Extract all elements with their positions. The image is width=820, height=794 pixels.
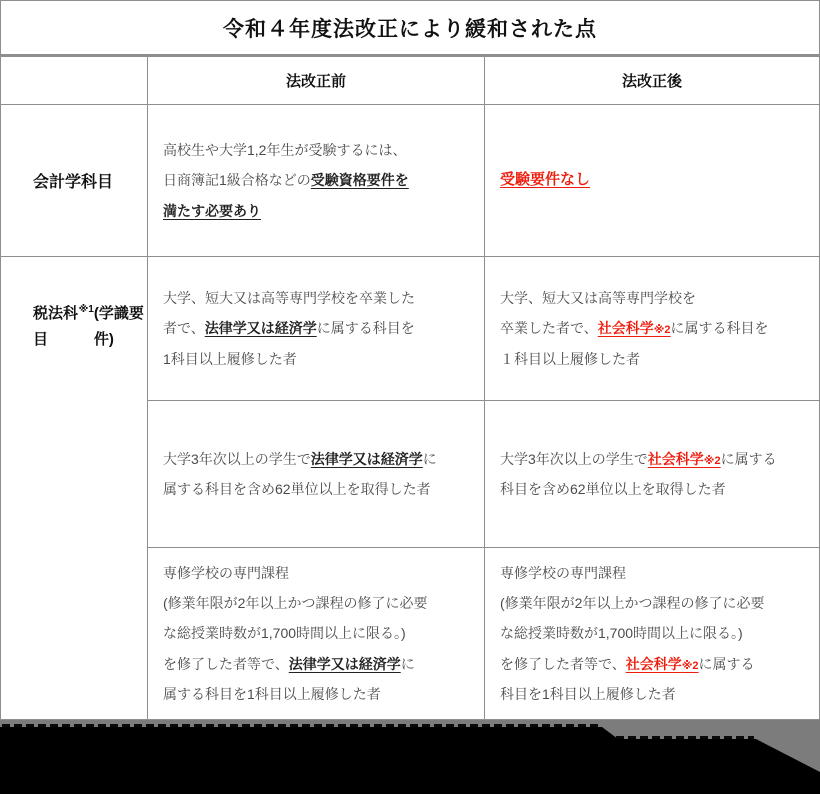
comparison-table: 法改正前 法改正後 会計学科目 高校生や大学1,2年生が受験するには、日商簿記1… xyxy=(0,57,820,720)
text-run: 専修学校の専門課程 xyxy=(163,565,289,581)
page: 令和４年度法改正により緩和された点 法改正前 法改正後 会計学科目 高校生や大学… xyxy=(0,0,820,794)
text-run: 科目を含め62単位以上を取得した者 xyxy=(500,481,726,497)
cell-tax-graduate-before: 大学、短大又は高等専門学校を卒業した者で、法律学又は経済学に属する科目を1科目以… xyxy=(148,257,484,400)
cell-tax-thirdyear-before-text: 大学3年次以上の学生で法律学又は経済学に属する科目を含め62単位以上を取得した者 xyxy=(148,436,449,512)
text-run: 社会科学 xyxy=(598,320,654,336)
text-run: 法律学又は経済学 xyxy=(205,320,317,336)
text-run: に属する xyxy=(721,451,777,467)
text-run: 社会科学 xyxy=(626,656,682,672)
text-run: ※2 xyxy=(682,660,699,672)
table-title: 令和４年度法改正により緩和された点 xyxy=(0,0,820,57)
footer-band xyxy=(0,720,820,794)
text-run: 日商簿記1級合格などの xyxy=(163,172,311,188)
text-run: (学識要件) xyxy=(94,301,147,354)
text-run: に xyxy=(423,451,437,467)
cell-accounting-after-text: 受験要件なし xyxy=(485,156,602,204)
row-label-tax-law-subjects: 税法科目※1(学識要件) xyxy=(1,257,147,719)
text-run: 社会科学 xyxy=(648,451,704,467)
text-run: ※2 xyxy=(704,455,721,467)
cell-tax-thirdyear-after-text: 大学3年次以上の学生で社会科学※2に属する科目を含め62単位以上を取得した者 xyxy=(485,436,789,512)
text-run: 属する科目を含め62単位以上を取得した者 xyxy=(163,481,431,497)
cell-tax-thirdyear-after: 大学3年次以上の学生で社会科学※2に属する科目を含め62単位以上を取得した者 xyxy=(485,401,819,547)
text-run: 科目を1科目以上履修した者 xyxy=(500,686,676,702)
text-run: (修業年限が2年以上かつ課程の修了に必要 xyxy=(163,595,427,611)
table-title-text: 令和４年度法改正により緩和された点 xyxy=(223,13,597,43)
header-spacer-cell xyxy=(1,57,147,104)
text-run: 専修学校の専門課程 xyxy=(500,565,626,581)
clipped-footnote-text-tops xyxy=(2,724,600,727)
header-col-after: 法改正後 xyxy=(485,57,819,104)
cell-tax-thirdyear-before: 大学3年次以上の学生で法律学又は経済学に属する科目を含め62単位以上を取得した者 xyxy=(148,401,484,547)
text-run: 受験要件なし xyxy=(500,171,590,188)
text-run: (修業年限が2年以上かつ課程の修了に必要 xyxy=(500,595,764,611)
text-run: に属する xyxy=(699,656,755,672)
text-run: ※1 xyxy=(79,301,94,319)
header-col-before: 法改正前 xyxy=(148,57,484,104)
text-run: 卒業した者で、 xyxy=(500,320,598,336)
text-run: に xyxy=(401,656,415,672)
cell-tax-graduate-before-text: 大学、短大又は高等専門学校を卒業した者で、法律学又は経済学に属する科目を1科目以… xyxy=(148,275,427,381)
text-run: ※2 xyxy=(654,324,671,336)
clipped-footnote-text-tops-small xyxy=(616,736,754,739)
text-run: な総授業時数が1,700時間以上に限る。) xyxy=(500,625,743,641)
text-run: 法律学又は経済学 xyxy=(289,656,401,672)
text-run: 大学、短大又は高等専門学校を xyxy=(500,290,696,306)
row-label-accounting-subjects: 会計学科目 xyxy=(1,105,147,256)
text-run: に属する科目を xyxy=(671,320,769,336)
text-run: 大学3年次以上の学生で xyxy=(163,451,311,467)
text-run: を修了した者等で、 xyxy=(163,656,289,672)
header-col-after-label: 法改正後 xyxy=(622,70,682,91)
cell-tax-vocational-after-text: 専修学校の専門課程(修業年限が2年以上かつ課程の修了に必要な総授業時数が1,70… xyxy=(485,550,776,716)
text-run: １科目以上履修した者 xyxy=(500,351,640,367)
text-run: 高校生や大学1,2年生が受験するには、 xyxy=(163,142,406,158)
cell-tax-graduate-after: 大学、短大又は高等専門学校を卒業した者で、社会科学※2に属する科目を１科目以上履… xyxy=(485,257,819,400)
text-run: 税法科目 xyxy=(33,301,79,354)
text-run: 満たす必要あり xyxy=(163,203,261,219)
cell-tax-vocational-before: 専修学校の専門課程(修業年限が2年以上かつ課程の修了に必要な総授業時数が1,70… xyxy=(148,548,484,719)
text-run: な総授業時数が1,700時間以上に限る。) xyxy=(163,625,406,641)
text-run: 属する科目を1科目以上履修した者 xyxy=(163,686,381,702)
text-run: 会計学科目 xyxy=(33,169,113,192)
text-run: 1科目以上履修した者 xyxy=(163,351,297,367)
cell-tax-vocational-after: 専修学校の専門課程(修業年限が2年以上かつ課程の修了に必要な総授業時数が1,70… xyxy=(485,548,819,719)
text-run: を修了した者等で、 xyxy=(500,656,626,672)
header-col-before-label: 法改正前 xyxy=(286,70,346,91)
text-run: 法律学又は経済学 xyxy=(311,451,423,467)
text-run: に属する科目を xyxy=(317,320,415,336)
text-run: 者で、 xyxy=(163,320,205,336)
cell-accounting-before-text: 高校生や大学1,2年生が受験するには、日商簿記1級合格などの受験資格要件を満たす… xyxy=(148,127,421,233)
redaction-bar xyxy=(0,720,820,794)
cell-tax-graduate-after-text: 大学、短大又は高等専門学校を卒業した者で、社会科学※2に属する科目を１科目以上履… xyxy=(485,275,781,381)
text-run: 大学、短大又は高等専門学校を卒業した xyxy=(163,290,415,306)
cell-tax-vocational-before-text: 専修学校の専門課程(修業年限が2年以上かつ課程の修了に必要な総授業時数が1,70… xyxy=(148,550,439,716)
text-run: 大学3年次以上の学生で xyxy=(500,451,648,467)
cell-accounting-after: 受験要件なし xyxy=(485,105,819,256)
text-run: 受験資格要件を xyxy=(311,172,409,188)
cell-accounting-before: 高校生や大学1,2年生が受験するには、日商簿記1級合格などの受験資格要件を満たす… xyxy=(148,105,484,256)
